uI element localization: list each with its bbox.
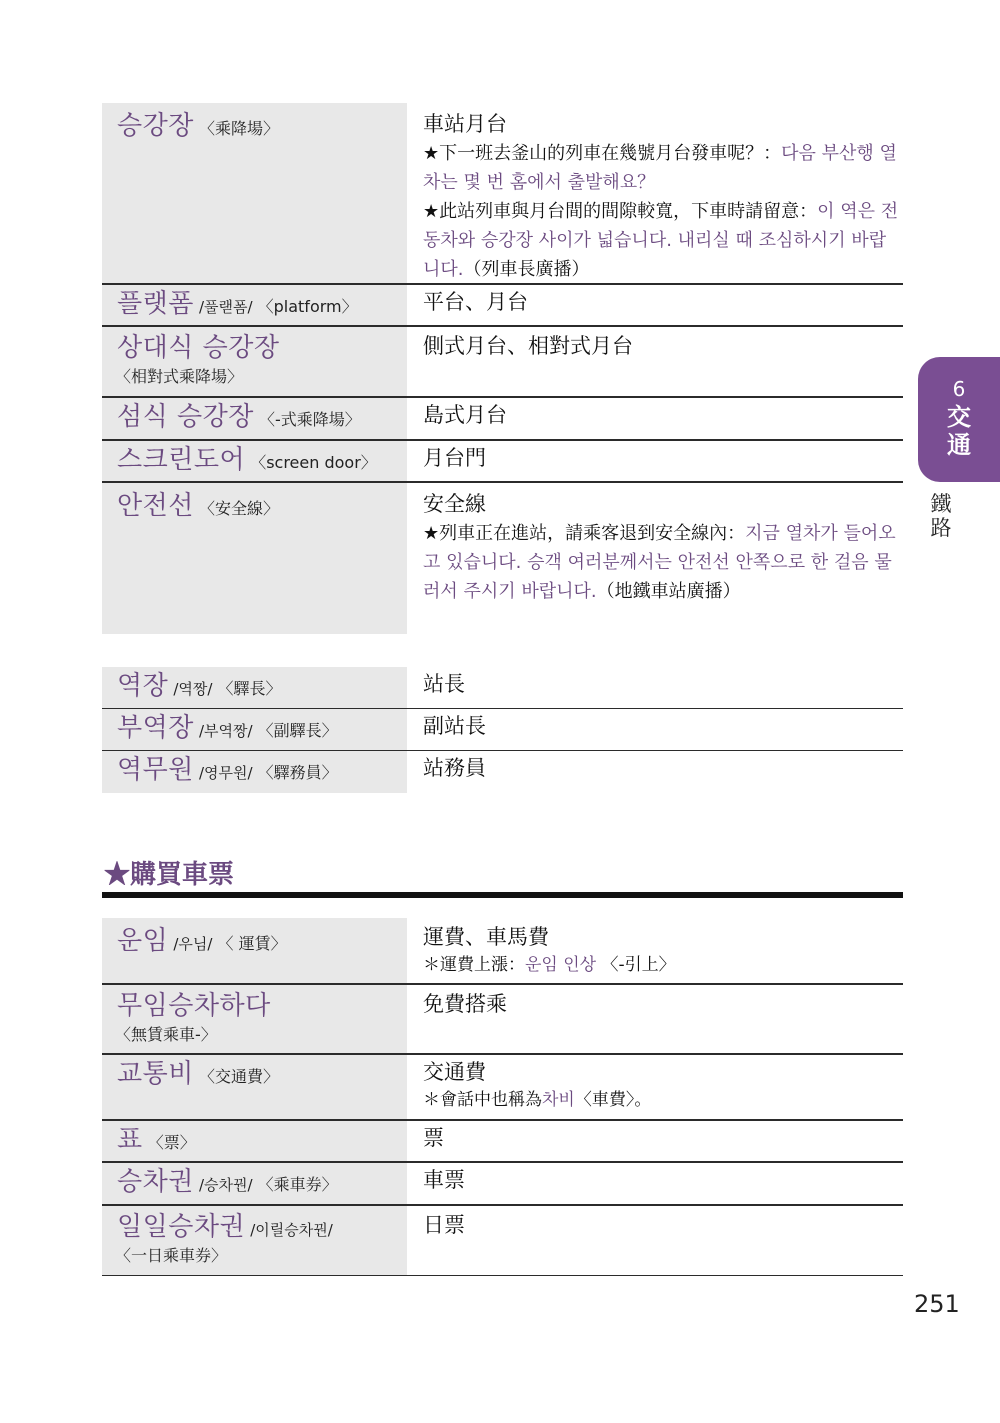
definition-cell: 月台門 — [409, 441, 903, 481]
term-cell: 상대식 승강장 〈相對式乘降場〉 — [102, 327, 407, 396]
vocab-row: 상대식 승강장 〈相對式乘降場〉 側式月台、相對式月台 — [102, 327, 903, 398]
korean-term: 상대식 승강장 — [117, 333, 279, 363]
vocab-row: 승강장 〈乘降場〉 車站月台 ★下一班去釜山的列車在幾號月台發車呢？：다음 부산… — [102, 103, 903, 285]
korean-term: 안전선 — [117, 491, 194, 521]
definition-cell: 車站月台 ★下一班去釜山的列車在幾號月台發車呢？：다음 부산행 열차는 몇 번 … — [409, 103, 903, 283]
korean-term: 교통비 — [117, 1059, 194, 1089]
vocab-row: 스크린도어 〈screen door〉 月台門 — [102, 441, 903, 483]
term-cell: 승강장 〈乘降場〉 — [102, 103, 407, 283]
pronunciation: /영무원/ — [199, 764, 253, 782]
korean-term: 일일승차권 — [117, 1212, 245, 1242]
vocab-row: 역무원 /영무원/ 〈驛務員〉 站務員 — [102, 751, 903, 793]
term-cell: 승차권 /승차꿘/ 〈乘車券〉 — [102, 1163, 407, 1204]
example-sentence: ★此站列車與月台間的間隙較寬，下車時請留意：이 역은 전동차와 승강장 사이가 … — [423, 197, 903, 284]
pronunciation: /이릴승차꿘/ — [250, 1221, 333, 1239]
meaning: 車站月台 — [423, 109, 903, 139]
term-cell: 플랫폼 /풀랟폼/ 〈platform〉 — [102, 285, 407, 325]
korean-term: 승차권 — [117, 1167, 194, 1197]
term-cell: 무임승차하다 〈無賃乘車-〉 — [102, 985, 407, 1053]
term-cell: 안전선 〈安全線〉 — [102, 483, 407, 634]
section-title: ★購買車票 — [104, 854, 234, 891]
term-cell: 스크린도어 〈screen door〉 — [102, 441, 407, 481]
hanja-origin: 〈安全線〉 — [199, 499, 279, 518]
hanja-origin: 〈交通費〉 — [199, 1067, 279, 1086]
definition-cell: 島式月台 — [409, 398, 903, 439]
chapter-tab: 6 交通 — [918, 357, 1000, 482]
meaning: 運費、車馬費 — [423, 922, 903, 952]
vocab-row: 섬식 승강장 〈-式乘降場〉 島式月台 — [102, 398, 903, 441]
vocab-row: 승차권 /승차꿘/ 〈乘車券〉 車票 — [102, 1163, 903, 1206]
page-number: 251 — [914, 1290, 960, 1318]
pronunciation: /우님/ — [173, 935, 212, 953]
definition-cell: 安全線 ★列車正在進站，請乘客退到安全線內：지금 열차가 들어오고 있습니다. … — [409, 483, 903, 634]
pronunciation: /승차꿘/ — [199, 1176, 253, 1194]
definition-cell: 平台、月台 — [409, 285, 903, 325]
korean-term: 역무원 — [117, 755, 194, 785]
meaning: 車票 — [423, 1165, 903, 1195]
definition-cell: 站長 — [409, 667, 903, 708]
meaning: 島式月台 — [423, 400, 903, 430]
meaning: 日票 — [423, 1210, 903, 1240]
section-divider — [102, 892, 903, 898]
term-cell: 운임 /우님/ 〈 運賃〉 — [102, 918, 407, 983]
hanja-origin: 〈票〉 — [148, 1133, 196, 1152]
vocab-row: 안전선 〈安全線〉 安全線 ★列車正在進站，請乘客退到安全線內：지금 열차가 들… — [102, 483, 903, 634]
example-sentence: ★下一班去釜山的列車在幾號月台發車呢？：다음 부산행 열차는 몇 번 홈에서 출… — [423, 139, 903, 197]
korean-term: 스크린도어 — [117, 445, 245, 475]
korean-term: 역장 — [117, 671, 168, 701]
term-cell: 역무원 /영무원/ 〈驛務員〉 — [102, 751, 407, 793]
meaning: 副站長 — [423, 711, 903, 741]
vocab-table-tickets: 운임 /우님/ 〈 運賃〉 運費、車馬費 ＊運費上漲：운임 인상 〈-引上〉 무… — [102, 918, 903, 1276]
vocab-table-platforms: 승강장 〈乘降場〉 車站月台 ★下一班去釜山的列車在幾號月台發車呢？：다음 부산… — [102, 103, 903, 634]
definition-cell: 免費搭乘 — [409, 985, 903, 1053]
hanja-origin: 〈驛務員〉 — [258, 763, 338, 782]
term-cell: 교통비 〈交通費〉 — [102, 1055, 407, 1119]
hanja-origin: 〈screen door〉 — [250, 453, 377, 472]
definition-cell: 側式月台、相對式月台 — [409, 327, 903, 396]
definition-cell: 交通費 ＊會話中也稱為차비〈車費〉。 — [409, 1055, 903, 1119]
meaning: 月台門 — [423, 443, 903, 473]
definition-cell: 站務員 — [409, 751, 903, 793]
vocab-row: 무임승차하다 〈無賃乘車-〉 免費搭乘 — [102, 985, 903, 1055]
meaning: 站長 — [423, 669, 903, 699]
meaning: 票 — [423, 1123, 903, 1153]
definition-cell: 車票 — [409, 1163, 903, 1204]
vocab-row: 운임 /우님/ 〈 運賃〉 運費、車馬費 ＊運費上漲：운임 인상 〈-引上〉 — [102, 918, 903, 985]
hanja-origin: 〈相對式乘降場〉 — [115, 365, 407, 389]
meaning: 免費搭乘 — [423, 989, 903, 1019]
vocab-table-staff: 역장 /역짱/ 〈驛長〉 站長 부역장 /부역짱/ 〈副驛長〉 副站長 역무원 … — [102, 667, 903, 793]
pronunciation: /풀랟폼/ — [199, 298, 253, 316]
meaning: 側式月台、相對式月台 — [423, 331, 903, 361]
hanja-origin: 〈無賃乘車-〉 — [115, 1023, 407, 1047]
term-cell: 일일승차권 /이릴승차꿘/ 〈一日乘車券〉 — [102, 1206, 407, 1275]
definition-cell: 副站長 — [409, 709, 903, 750]
hanja-origin: 〈platform〉 — [258, 297, 358, 316]
hanja-origin: 〈副驛長〉 — [258, 721, 338, 740]
term-cell: 표 〈票〉 — [102, 1121, 407, 1161]
vocab-row: 역장 /역짱/ 〈驛長〉 站長 — [102, 667, 903, 709]
term-cell: 부역장 /부역짱/ 〈副驛長〉 — [102, 709, 407, 750]
korean-term: 부역장 — [117, 713, 194, 743]
hanja-origin: 〈一日乘車券〉 — [115, 1244, 407, 1268]
korean-term: 플랫폼 — [117, 289, 194, 319]
meaning: 站務員 — [423, 753, 903, 783]
definition-cell: 運費、車馬費 ＊運費上漲：운임 인상 〈-引上〉 — [409, 918, 903, 983]
hanja-origin: 〈-式乘降場〉 — [259, 410, 361, 429]
korean-term: 승강장 — [117, 111, 194, 141]
usage-note: ＊運費上漲：운임 인상 〈-引上〉 — [423, 952, 903, 978]
chapter-title: 交通 — [944, 403, 974, 459]
korean-term: 무임승차하다 — [117, 991, 271, 1021]
vocab-row: 표 〈票〉 票 — [102, 1121, 903, 1163]
usage-note: ＊會話中也稱為차비〈車費〉。 — [423, 1087, 903, 1113]
meaning: 平台、月台 — [423, 287, 903, 317]
meaning: 安全線 — [423, 489, 903, 519]
vocab-row: 교통비 〈交通費〉 交通費 ＊會話中也稱為차비〈車費〉。 — [102, 1055, 903, 1121]
hanja-origin: 〈驛長〉 — [218, 679, 282, 698]
vocab-row: 일일승차권 /이릴승차꿘/ 〈一日乘車券〉 日票 — [102, 1206, 903, 1276]
vocab-row: 부역장 /부역짱/ 〈副驛長〉 副站長 — [102, 709, 903, 751]
section-label: 鐵路 — [928, 492, 954, 540]
definition-cell: 票 — [409, 1121, 903, 1161]
example-sentence: ★列車正在進站，請乘客退到安全線內：지금 열차가 들어오고 있습니다. 승객 여… — [423, 519, 903, 606]
term-cell: 섬식 승강장 〈-式乘降場〉 — [102, 398, 407, 439]
korean-term: 표 — [117, 1125, 143, 1155]
hanja-origin: 〈乘車券〉 — [258, 1175, 338, 1194]
korean-term: 운임 — [117, 926, 168, 956]
chapter-number: 6 — [918, 377, 1000, 401]
pronunciation: /역짱/ — [173, 680, 212, 698]
term-cell: 역장 /역짱/ 〈驛長〉 — [102, 667, 407, 708]
hanja-origin: 〈 運賃〉 — [218, 934, 287, 953]
pronunciation: /부역짱/ — [199, 722, 253, 740]
vocab-row: 플랫폼 /풀랟폼/ 〈platform〉 平台、月台 — [102, 285, 903, 327]
meaning: 交通費 — [423, 1057, 903, 1087]
definition-cell: 日票 — [409, 1206, 903, 1275]
korean-term: 섬식 승강장 — [117, 402, 254, 432]
hanja-origin: 〈乘降場〉 — [199, 119, 279, 138]
